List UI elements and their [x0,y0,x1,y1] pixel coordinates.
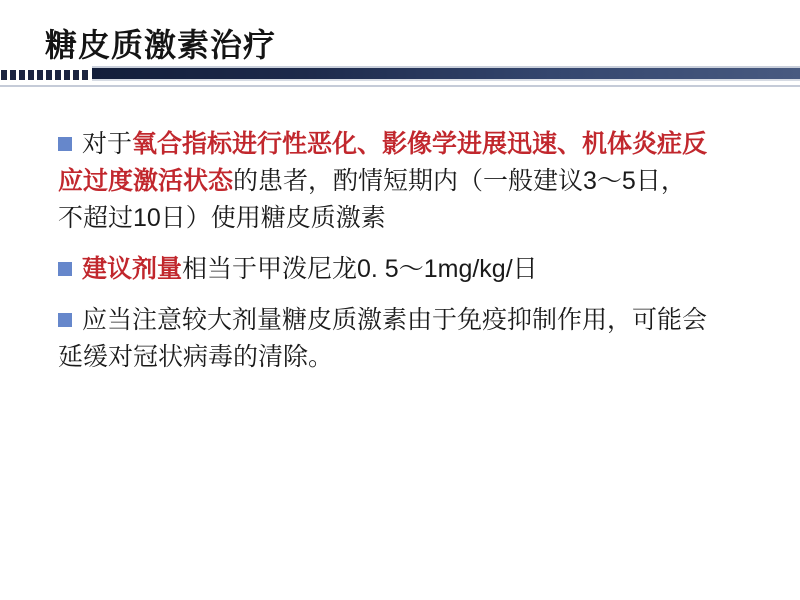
bullet-list: 对于氧合指标进行性恶化、影像学进展迅速、机体炎症反 应过度激活状态的患者，酌情短… [58,126,770,390]
bullet-square-icon [58,137,72,151]
divider-dash-row [1,70,88,80]
dash-square [28,70,34,80]
text-line: 对于氧合指标进行性恶化、影像学进展迅速、机体炎症反 [58,126,770,163]
bullet-square-icon [58,262,72,276]
text-segment: 的患者，酌情短期内（一般建议3～5日， [233,167,686,195]
text-segment: 延缓对冠状病毒的清除。 [58,343,333,371]
bullet-item: 对于氧合指标进行性恶化、影像学进展迅速、机体炎症反 应过度激活状态的患者，酌情短… [58,126,770,237]
bullet-square-icon [58,313,72,327]
text-segment: 相当于甲泼尼龙0. 5～1mg/kg/日 [182,255,538,283]
presentation-slide: 糖皮质激素治疗 对于氧合指标进行性恶化、影像学进展迅速、机体炎症反 应过度激活状… [0,0,800,600]
title-divider [0,66,800,88]
dash-square [10,70,16,80]
dash-square [46,70,52,80]
text-segment: 对于 [82,130,132,158]
text-line: 不超过10日）使用糖皮质激素 [58,200,770,237]
dash-square [82,70,88,80]
text-line: 应过度激活状态的患者，酌情短期内（一般建议3～5日， [58,163,770,200]
text-line: 延缓对冠状病毒的清除。 [58,339,770,376]
dash-square [1,70,7,80]
slide-title: 糖皮质激素治疗 [45,20,276,66]
dash-square [55,70,61,80]
dash-square [64,70,70,80]
dash-square [37,70,43,80]
text-line: 应当注意较大剂量糖皮质激素由于免疫抑制作用，可能会 [58,302,770,339]
dash-square [19,70,25,80]
divider-underline [0,85,800,87]
text-segment: 不超过10日）使用糖皮质激素 [58,204,386,232]
text-segment: 应当注意较大剂量糖皮质激素由于免疫抑制作用，可能会 [82,306,707,334]
text-line: 建议剂量相当于甲泼尼龙0. 5～1mg/kg/日 [58,251,770,288]
bullet-item: 应当注意较大剂量糖皮质激素由于免疫抑制作用，可能会 延缓对冠状病毒的清除。 [58,302,770,376]
dash-square [73,70,79,80]
text-segment: 应过度激活状态 [58,167,233,195]
bullet-item: 建议剂量相当于甲泼尼龙0. 5～1mg/kg/日 [58,251,770,288]
divider-bar [92,66,800,81]
text-segment: 氧合指标进行性恶化、影像学进展迅速、机体炎症反 [132,130,707,158]
text-segment: 建议剂量 [82,255,182,283]
